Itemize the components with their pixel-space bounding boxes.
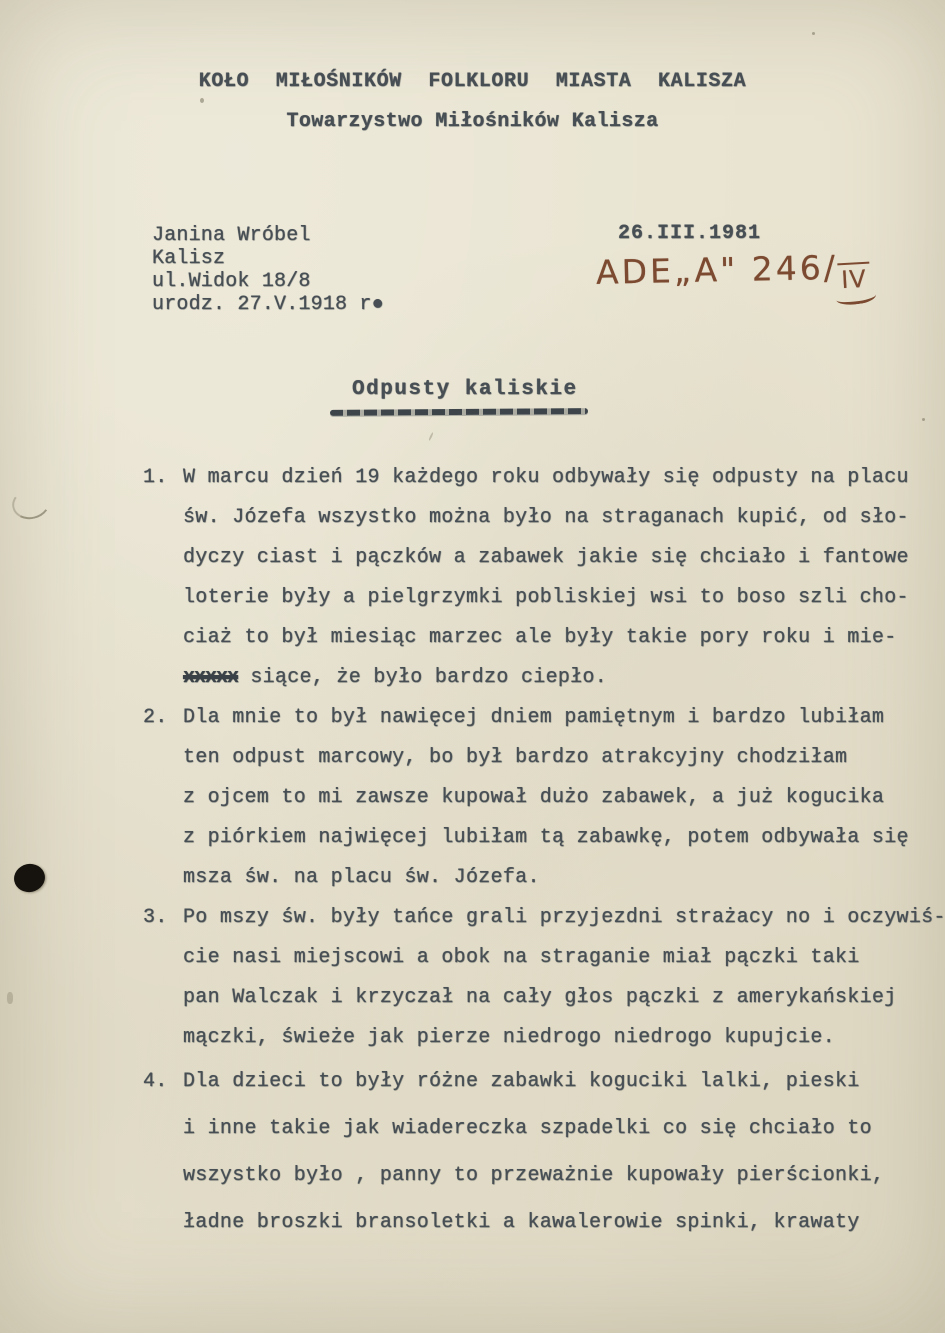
paper-speck bbox=[7, 992, 13, 1004]
paragraph: 3.Po mszy św. były tańce grali przyjezdn… bbox=[143, 898, 943, 1058]
paragraph-line: xxxxx siące, że było bardzo ciepło. bbox=[183, 658, 943, 698]
struck-text: xxxxx bbox=[183, 666, 238, 689]
paragraph-number: 3. bbox=[143, 898, 168, 938]
paragraph: 2.Dla mnie to był nawięcej dniem pamiętn… bbox=[143, 698, 943, 898]
paragraph-number: 2. bbox=[143, 698, 168, 738]
paragraph-line: św. Józefa wszystko można było na straga… bbox=[183, 498, 943, 538]
organization-name: KOŁO MIŁOŚNIKÓW FOLKLORU MIASTA KALISZA bbox=[0, 70, 945, 93]
paragraph-line: Po mszy św. były tańce grali przyjezdni … bbox=[183, 898, 943, 938]
author-birthdate: urodz. 27.V.1918 r● bbox=[152, 293, 384, 316]
paragraph-number: 4. bbox=[143, 1058, 168, 1105]
document-page: KOŁO MIŁOŚNIKÓW FOLKLORU MIASTA KALISZA … bbox=[0, 0, 945, 1333]
body-paragraphs: 1.W marcu dzień 19 każdego roku odbywały… bbox=[143, 458, 943, 1246]
paper-speck bbox=[200, 98, 204, 103]
paragraph-line: z piórkiem najwięcej lubiłam tą zabawkę,… bbox=[183, 818, 943, 858]
smudge-mark bbox=[9, 484, 53, 523]
paragraph-line: ładne broszki bransoletki a kawalerowie … bbox=[183, 1199, 943, 1246]
document-date: 26.III.1981 bbox=[618, 222, 761, 245]
paragraph-number: 1. bbox=[143, 458, 168, 498]
paragraph-line: loterie były a pielgrzymki pobliskiej ws… bbox=[183, 578, 943, 618]
hole-punch-mark bbox=[11, 861, 47, 895]
paragraph-line: ciaż to był miesiąc marzec ale były taki… bbox=[183, 618, 943, 658]
paragraph-line: ten odpust marcowy, bo był bardzo atrakc… bbox=[183, 738, 943, 778]
document-title: Odpusty kaliskie bbox=[352, 378, 578, 401]
paragraph-line: wszystko było , panny to przeważnie kupo… bbox=[183, 1152, 943, 1199]
paragraph-line: mączki, świeże jak pierze niedrogo niedr… bbox=[183, 1018, 943, 1058]
paragraph-line: cie nasi miejscowi a obok na straganie m… bbox=[183, 938, 943, 978]
author-city: Kalisz bbox=[152, 247, 384, 270]
paragraph: 4.Dla dzieci to były różne zabawki koguc… bbox=[143, 1058, 943, 1246]
paper-speck bbox=[922, 418, 925, 421]
handwritten-annotation: ADE„A" 246/IV bbox=[596, 247, 870, 293]
author-name: Janina Wróbel bbox=[152, 224, 384, 247]
paragraph-line: Dla dzieci to były różne zabawki kogucik… bbox=[183, 1058, 943, 1105]
paper-speck bbox=[812, 32, 815, 35]
society-name: Towarzystwo Miłośników Kalisza bbox=[0, 110, 945, 133]
paragraph-line: pan Walczak i krzyczał na cały głos pącz… bbox=[183, 978, 943, 1018]
author-block: Janina Wróbel Kalisz ul.Widok 18/8 urodz… bbox=[152, 224, 384, 316]
document-header: KOŁO MIŁOŚNIKÓW FOLKLORU MIASTA KALISZA … bbox=[0, 70, 945, 133]
paper-speck bbox=[428, 432, 434, 441]
paragraph-line: W marcu dzień 19 każdego roku odbywały s… bbox=[183, 458, 943, 498]
annotation-numeral: IV bbox=[837, 262, 870, 298]
paragraph-line: dyczy ciast i pączków a zabawek jakie si… bbox=[183, 538, 943, 578]
paragraph: 1.W marcu dzień 19 każdego roku odbywały… bbox=[143, 458, 943, 698]
paragraph-line: i inne takie jak wiadereczka szpadelki c… bbox=[183, 1105, 943, 1152]
author-street: ul.Widok 18/8 bbox=[152, 270, 384, 293]
paragraph-line: z ojcem to mi zawsze kupował dużo zabawe… bbox=[183, 778, 943, 818]
paragraph-line: msza św. na placu św. Józefa. bbox=[183, 858, 943, 898]
paragraph-line: Dla mnie to był nawięcej dniem pamiętnym… bbox=[183, 698, 943, 738]
title-underline bbox=[330, 408, 588, 416]
annotation-text: ADE„A" 246/ bbox=[596, 248, 839, 292]
